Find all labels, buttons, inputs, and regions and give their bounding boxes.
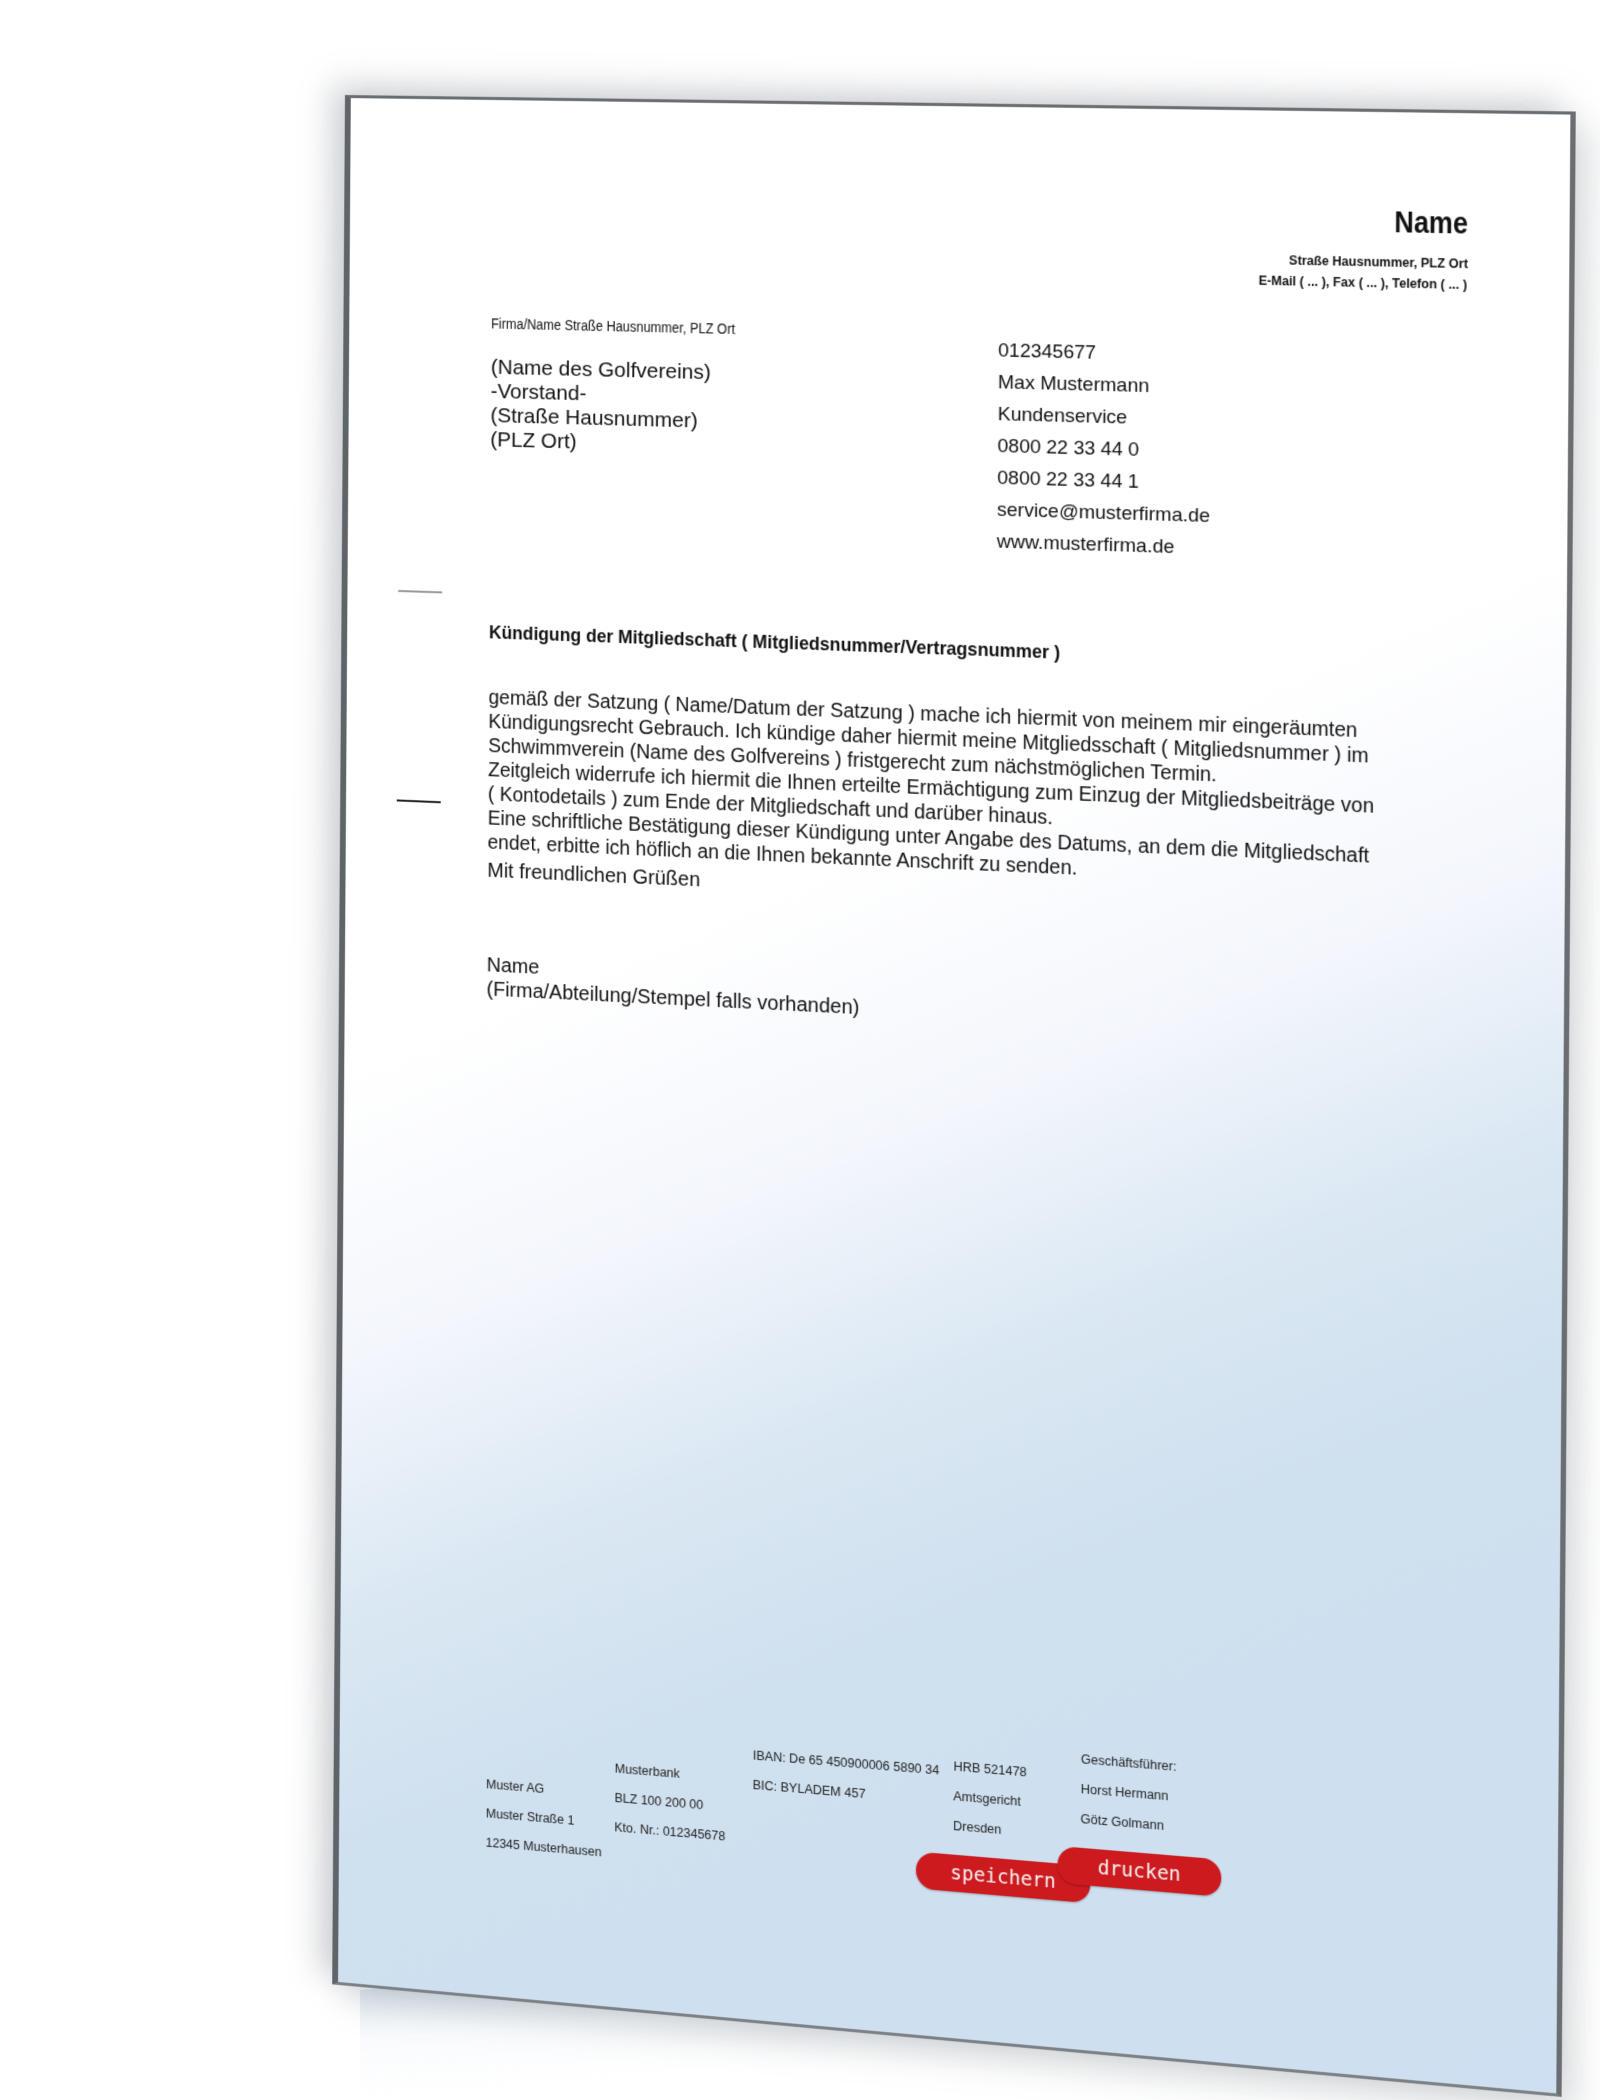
return-address: Firma/Name Straße Hausnummer, PLZ Ort xyxy=(491,315,735,337)
contact-reference-number: 012345677 xyxy=(998,335,1211,372)
letter-subject: Kündigung der Mitgliedschaft ( Mitglieds… xyxy=(489,622,1060,665)
footer-register: HRB 521478 Amtsgericht Dresden xyxy=(953,1752,1027,1847)
sender-name: Name xyxy=(1394,206,1468,242)
footer-court-city: Dresden xyxy=(953,1812,1027,1848)
footer-manager: Götz Golmann xyxy=(1080,1805,1176,1843)
contact-person: Max Mustermann xyxy=(998,367,1211,404)
document-preview: Name Straße Hausnummer, PLZ Ort E-Mail (… xyxy=(0,0,1600,2100)
footer-iban: IBAN: De 65 450900006 5890 34 BIC: BYLAD… xyxy=(753,1741,940,1815)
contact-website: www.musterfirma.de xyxy=(997,526,1210,565)
contact-block: 012345677 Max Mustermann Kundenservice 0… xyxy=(997,335,1212,565)
fold-mark xyxy=(398,590,442,593)
footer-bank: Musterbank BLZ 100 200 00 Kto. Nr.: 0123… xyxy=(614,1754,726,1851)
punch-mark xyxy=(397,799,441,803)
letter-body: gemäß der Satzung ( Name/Datum der Satzu… xyxy=(487,686,1374,894)
recipient-address: (Name des Golfvereins) -Vorstand- (Straß… xyxy=(490,356,711,459)
sender-contact: E-Mail ( ... ), Fax ( ... ), Telefon ( .… xyxy=(1259,272,1468,292)
footer-company: Muster AG Muster Straße 1 12345 Musterha… xyxy=(486,1770,603,1867)
footer-management: Geschäftsführer: Horst Hermann Götz Golm… xyxy=(1080,1745,1176,1843)
sender-address: Straße Hausnummer, PLZ Ort xyxy=(1289,252,1468,271)
signature-block: Name (Firma/Abteilung/Stempel falls vorh… xyxy=(486,953,859,1020)
letter-closing: Mit freundlichen Grüßen xyxy=(487,860,700,893)
letter-page-container: Name Straße Hausnummer, PLZ Ort E-Mail (… xyxy=(332,95,1576,2097)
letter-page: Name Straße Hausnummer, PLZ Ort E-Mail (… xyxy=(332,95,1576,2097)
